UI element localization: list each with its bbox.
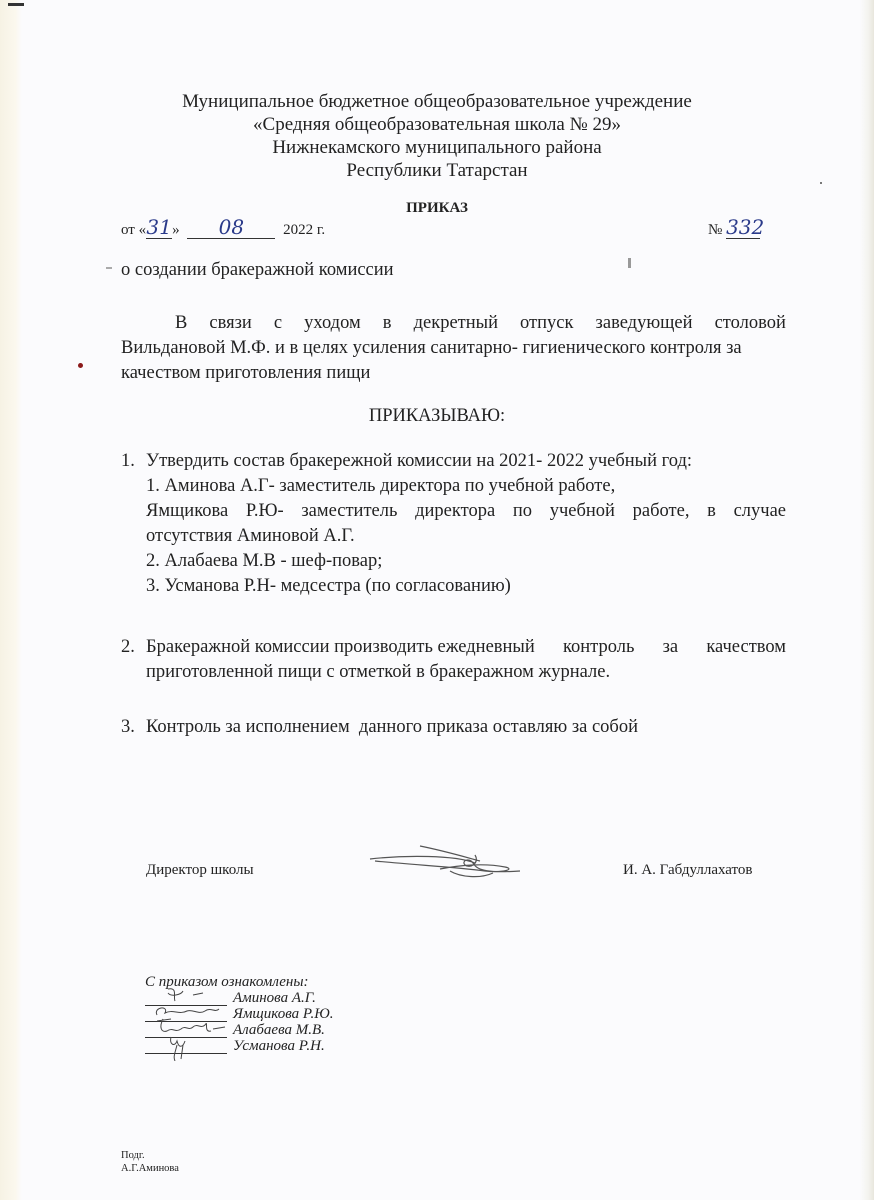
word: качеством — [706, 636, 786, 658]
directive-heading: ПРИКАЗЫВАЮ: — [0, 405, 874, 427]
order-item-2: 2. Бракеражной комиссии производить ежед… — [121, 636, 786, 683]
preamble-line-1: В связи с уходом в декретный отпуск заве… — [121, 312, 786, 334]
signature-line — [145, 1038, 227, 1054]
word: в — [383, 312, 392, 334]
member-line-1: 1. Аминова А.Г- заместитель директора по… — [146, 475, 786, 497]
handwritten-signature-icon — [153, 1017, 227, 1037]
order-item-1: 1. Утвердить состав бракережной комиссии… — [121, 450, 786, 597]
member-line-3: отсутствия Аминовой А.Г. — [146, 525, 786, 547]
acknowledgement-block: С приказом ознакомлены: Аминова А.Г. Ямщ… — [145, 974, 334, 1054]
order-item-3: 3. Контроль за исполнением данного прика… — [121, 716, 786, 738]
prepared-by-block: Подг. А.Г.Аминова — [121, 1149, 179, 1175]
word: за — [663, 636, 679, 658]
signature-name: И. А. Габдуллахатов — [623, 862, 753, 879]
item-text: Контроль за исполнением данного приказа … — [146, 716, 638, 738]
order-number: № 332 — [708, 216, 760, 241]
word: декретный — [414, 312, 498, 334]
preamble-line-2: Вильдановой М.Ф. и в целях усиления сани… — [121, 337, 786, 359]
word: с — [274, 312, 282, 334]
order-subject: о создании бракеражной комиссии — [121, 259, 394, 281]
word: столовой — [715, 312, 786, 334]
date-year: 2022 г. — [283, 222, 325, 238]
scan-speck — [820, 182, 822, 184]
acknowledgement-row: Усманова Р.Н. — [145, 1038, 334, 1054]
word: связи — [209, 312, 251, 334]
date-prefix: от « — [121, 222, 146, 238]
prepared-by-name: А.Г.Аминова — [121, 1162, 179, 1175]
acknowledged-person: Алабаева М.В. — [233, 1022, 325, 1038]
preamble-line-3: качеством приготовления пищи — [121, 362, 786, 384]
number-prefix: № — [708, 222, 722, 238]
acknowledged-person: Ямщикова Р.Ю. — [233, 1006, 334, 1022]
word: Бракеражной комиссии производить ежеднев… — [146, 636, 535, 658]
member-line-2: Ямщикова Р.Ю- заместитель директора по у… — [146, 500, 786, 522]
ink-spot — [78, 363, 83, 368]
date-day-close: » — [172, 222, 180, 238]
word: контроль — [563, 636, 634, 658]
acknowledged-person: Аминова А.Г. — [233, 990, 316, 1006]
item-text-line-2: приготовленной пищи с отметкой в бракера… — [121, 661, 786, 683]
preamble: В связи с уходом в декретный отпуск заве… — [121, 312, 786, 384]
word: заведующей — [596, 312, 693, 334]
header-line-1: Муниципальное бюджетное общеобразователь… — [0, 91, 874, 113]
word: отпуск — [520, 312, 573, 334]
member-line-4: 2. Алабаева М.В - шеф-повар; — [146, 550, 786, 572]
item-text: Утвердить состав бракережной комиссии на… — [146, 450, 692, 472]
acknowledged-person: Усманова Р.Н. — [233, 1038, 325, 1054]
scan-speck — [106, 267, 112, 269]
item-text-line-1: Бракеражной комиссии производить ежеднев… — [146, 636, 786, 658]
word: В — [175, 312, 187, 334]
signature-position: Директор школы — [146, 862, 254, 879]
item-number: 2. — [121, 636, 146, 658]
number-value: 332 — [726, 216, 760, 239]
scan-corner-mark — [8, 3, 24, 6]
item-number: 1. — [121, 450, 146, 472]
word: уходом — [304, 312, 361, 334]
scan-speck — [628, 258, 631, 268]
header-line-2: «Средняя общеобразовательная школа № 29» — [0, 114, 874, 136]
director-signature-icon — [365, 843, 525, 888]
header-line-4: Республики Татарстан — [0, 160, 874, 182]
prepared-label: Подг. — [121, 1149, 179, 1162]
member-line-5: 3. Усманова Р.Н- медсестра (по согласова… — [146, 575, 786, 597]
handwritten-signature-icon — [153, 1035, 203, 1061]
date-day: 31 — [146, 216, 172, 239]
item-number: 3. — [121, 716, 146, 738]
date-month: 08 — [187, 216, 275, 239]
order-date: от «31» 08 2022 г. — [121, 216, 325, 241]
header-line-3: Нижнекамского муниципального района — [0, 137, 874, 159]
